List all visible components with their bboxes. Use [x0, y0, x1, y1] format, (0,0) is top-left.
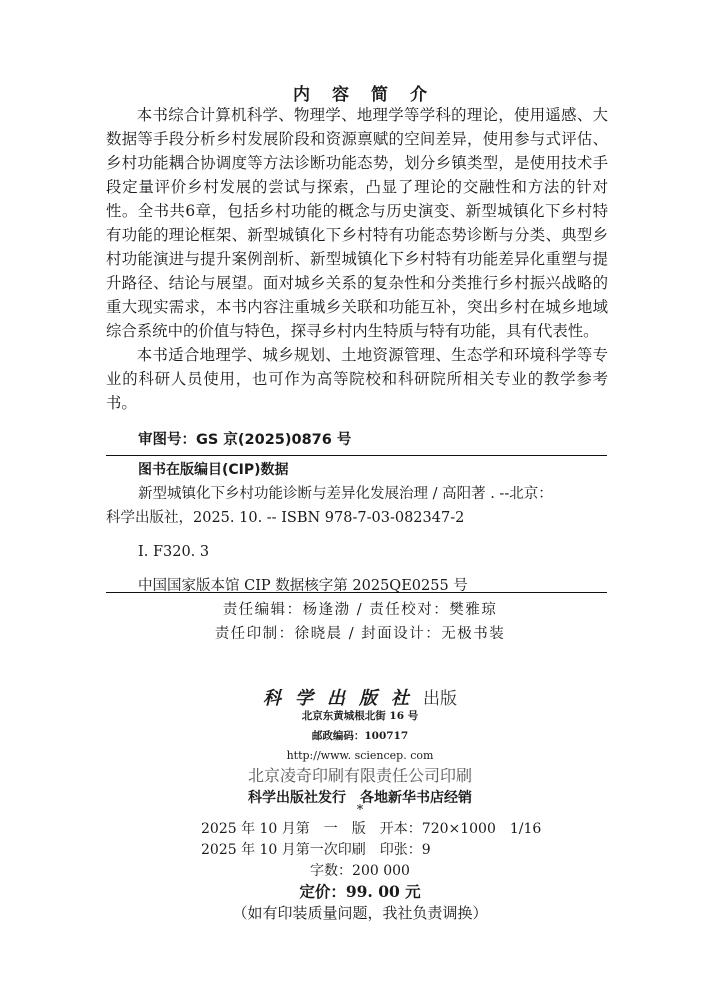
staff-line-editor: 责任编辑：杨逢渤 / 责任校对：樊雅琼 — [0, 598, 720, 622]
cip-verification: 中国国家版本馆 CIP 数据核字第 2025QE0255 号 — [106, 574, 607, 598]
staff-credits: 责任编辑：杨逢渤 / 责任校对：樊雅琼 责任印制：徐晓晨 / 封面设计：无极书装 — [0, 598, 720, 646]
abstract: 本书综合计算机科学、物理学、地理学等学科的理论，使用遥感、大数据等手段分析乡村发… — [106, 103, 608, 415]
abstract-paragraph: 本书综合计算机科学、物理学、地理学等学科的理论，使用遥感、大数据等手段分析乡村发… — [106, 103, 608, 343]
publisher-address: 北京东黄城根北街 16 号 — [0, 706, 720, 726]
spec-price: 定价：99. 00 元 — [0, 881, 720, 902]
cip-heading: 图书在版编目(CIP)数据 — [106, 458, 607, 482]
cip-classification: Ⅰ. F320. 3 — [106, 540, 607, 564]
publisher-url: http://www. sciencep. com — [0, 746, 720, 766]
spec-notice: （如有印装质量问题，我社负责调换） — [0, 903, 720, 924]
divider-top — [106, 455, 607, 456]
publisher-postcode: 邮政编码：100717 — [0, 726, 720, 746]
separator-star: * — [0, 803, 720, 818]
cip-entry-line1: 新型城镇化下乡村功能诊断与差异化发展治理 / 高阳著 . --北京： — [106, 482, 607, 506]
map-review-number: 审图号：GS 京(2025)0876 号 — [138, 428, 351, 449]
spec-printing: 2025 年 10 月第一次印刷 印张：9 — [201, 840, 431, 861]
staff-line-printing: 责任印制：徐晓晨 / 封面设计：无极书装 — [0, 622, 720, 646]
cip-block: 图书在版编目(CIP)数据 新型城镇化下乡村功能诊断与差异化发展治理 / 高阳著… — [106, 458, 607, 598]
divider-bottom — [106, 592, 607, 593]
page-title: 内容简介 — [0, 80, 720, 105]
spec-word-count: 字数：200 000 — [0, 861, 720, 882]
cip-entry-line2: 科学出版社，2025. 10. -- ISBN 978-7-03-082347-… — [106, 506, 607, 530]
spec-edition: 2025 年 10 月第 一 版 开本：720×1000 1/16 — [201, 819, 541, 840]
abstract-paragraph: 本书适合地理学、城乡规划、土地资源管理、生态学和环境科学等专业的科研人员使用，也… — [106, 343, 608, 415]
printer: 北京凌奇印刷有限责任公司印刷 — [0, 764, 720, 788]
